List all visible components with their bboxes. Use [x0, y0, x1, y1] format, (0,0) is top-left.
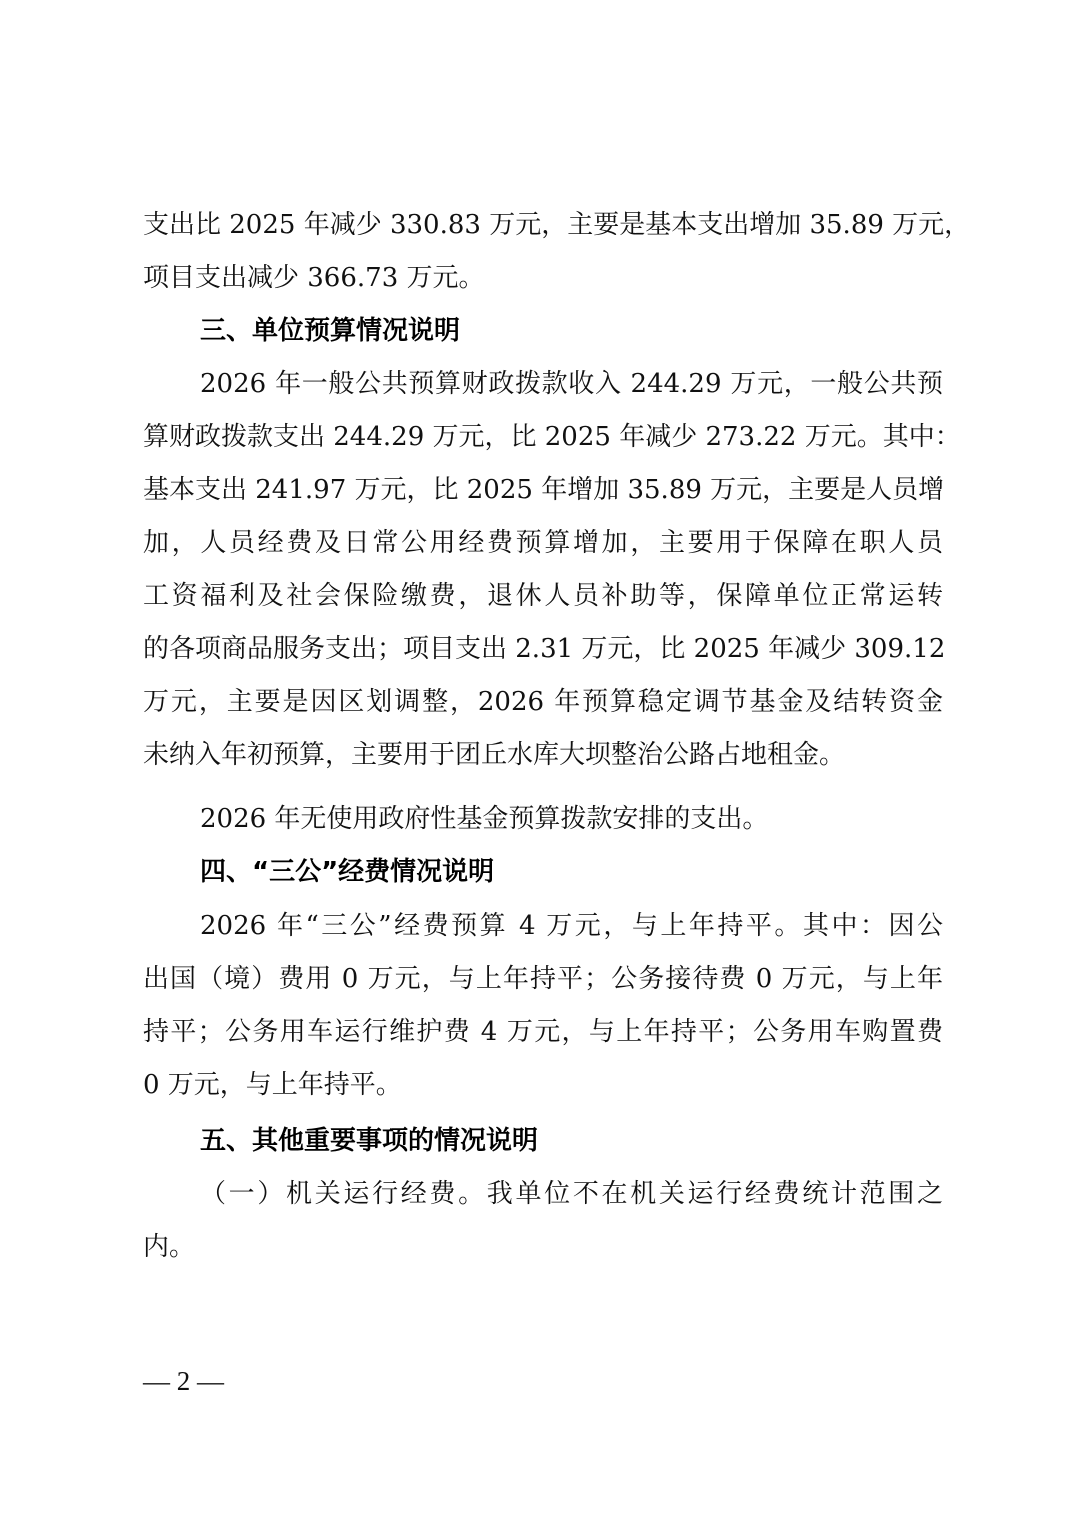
paragraph-line: 工资福利及社会保险缴费，退休人员补助等，保障单位正常运转 — [143, 576, 943, 616]
paragraph-line: 万元，主要是因区划调整，2026 年预算稳定调节基金及结转资金 — [143, 682, 943, 722]
paragraph-line: 基本支出 241.97 万元，比 2025 年增加 35.89 万元，主要是人员… — [143, 470, 943, 510]
paragraph-line: 内。 — [143, 1227, 943, 1267]
paragraph-line: 未纳入年初预算，主要用于团丘水库大坝整治公路占地租金。 — [143, 735, 943, 775]
paragraph-line: 支出比 2025 年减少 330.83 万元，主要是基本支出增加 35.89 万… — [143, 205, 943, 245]
section-heading-4: 四、“三公”经费情况说明 — [200, 852, 494, 892]
section-heading-3: 三、单位预算情况说明 — [200, 311, 460, 351]
paragraph-line: 的各项商品服务支出；项目支出 2.31 万元，比 2025 年减少 309.12 — [143, 629, 943, 669]
paragraph-line: 2026 年“三公”经费预算 4 万元，与上年持平。其中：因公 — [200, 906, 943, 946]
paragraph-line: 持平；公务用车运行维护费 4 万元，与上年持平；公务用车购置费 — [143, 1012, 943, 1052]
paragraph-line: 0 万元，与上年持平。 — [143, 1065, 943, 1105]
paragraph-line: 加，人员经费及日常公用经费预算增加，主要用于保障在职人员 — [143, 523, 943, 563]
paragraph-line: 算财政拨款支出 244.29 万元，比 2025 年减少 273.22 万元。其… — [143, 417, 943, 457]
paragraph-line: 2026 年无使用政府性基金预算拨款安排的支出。 — [200, 799, 943, 839]
page-number: — 2 — — [143, 1363, 224, 1399]
paragraph-line: 2026 年一般公共预算财政拨款收入 244.29 万元，一般公共预 — [200, 364, 943, 404]
paragraph-line: 出国（境）费用 0 万元，与上年持平；公务接待费 0 万元，与上年 — [143, 959, 943, 999]
paragraph-line: 项目支出减少 366.73 万元。 — [143, 258, 943, 298]
document-page: 支出比 2025 年减少 330.83 万元，主要是基本支出增加 35.89 万… — [0, 0, 1074, 1520]
section-heading-5: 五、其他重要事项的情况说明 — [200, 1121, 538, 1161]
paragraph-line: （一）机关运行经费。我单位不在机关运行经费统计范围之 — [200, 1174, 943, 1214]
